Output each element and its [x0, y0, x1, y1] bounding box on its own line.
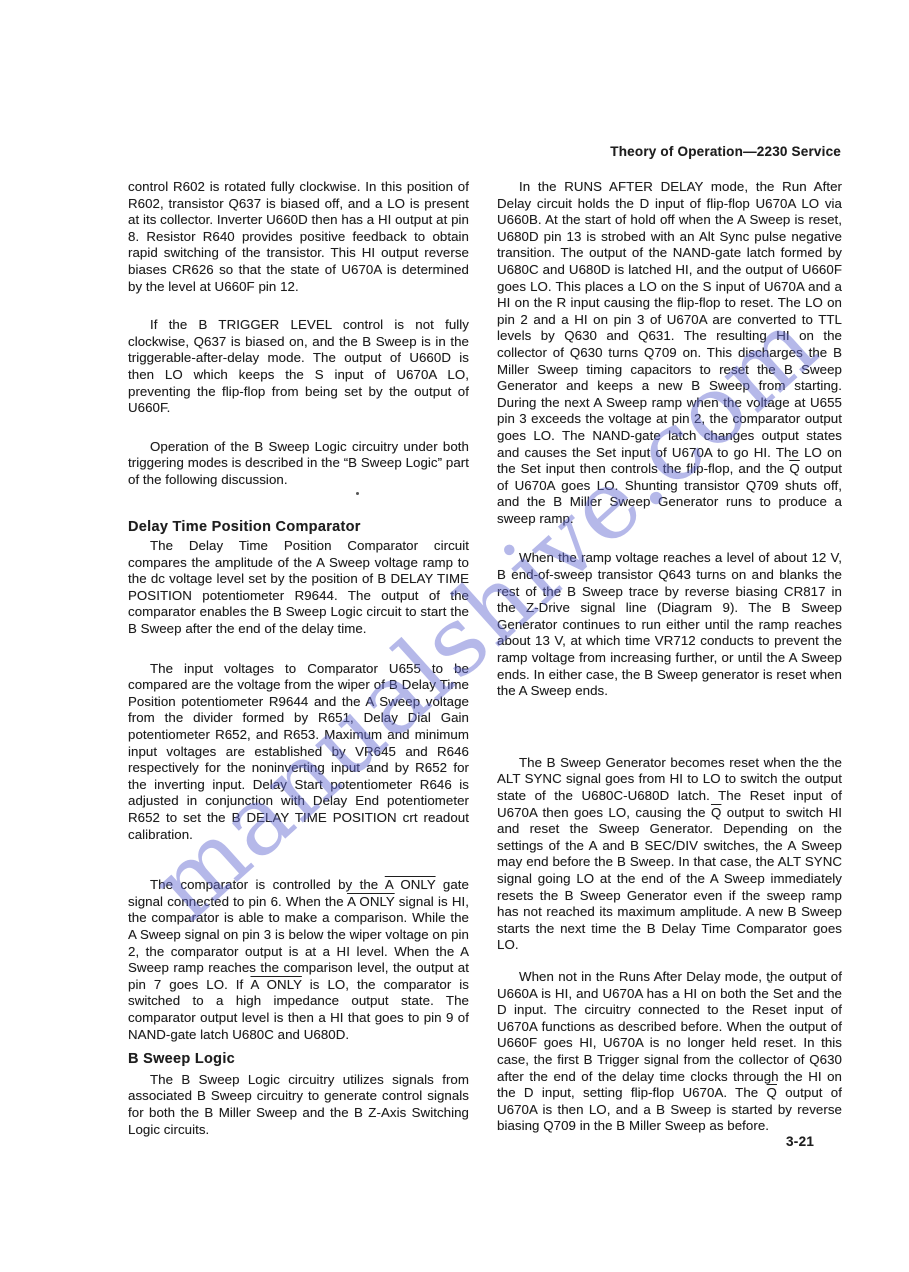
manual-page: Theory of Operation—2230 Service control…: [0, 0, 909, 1272]
page-number: 3-21: [786, 1134, 814, 1149]
heading-b-sweep-logic: B Sweep Logic: [128, 1051, 469, 1068]
scan-speck: [356, 492, 359, 495]
paragraph-trigger-level: If the B TRIGGER LEVEL control is not fu…: [128, 317, 469, 417]
paragraph-comparator-control: The comparator is controlled by the A ON…: [128, 877, 469, 1043]
paragraph-operation: Operation of the B Sweep Logic circuitry…: [128, 439, 469, 489]
page-header-title: Theory of Operation—2230 Service: [0, 144, 841, 159]
scan-speck: [768, 981, 772, 983]
paragraph-continuation: control R602 is rotated fully clockwise.…: [128, 179, 469, 295]
right-column: In the RUNS AFTER DELAY mode, the Run Af…: [497, 179, 842, 1135]
paragraph-alt-sync-reset: The B Sweep Generator becomes reset when…: [497, 755, 842, 954]
paragraph-b-sweep-logic: The B Sweep Logic circuitry utilizes sig…: [128, 1072, 469, 1138]
paragraph-not-runs-after: When not in the Runs After Delay mode, t…: [497, 969, 842, 1135]
paragraph-input-voltages: The input voltages to Comparator U655 to…: [128, 661, 469, 844]
paragraph-delay-compares: The Delay Time Position Comparator circu…: [128, 538, 469, 638]
paragraph-ramp-voltage: When the ramp voltage reaches a level of…: [497, 550, 842, 699]
paragraph-runs-after-delay: In the RUNS AFTER DELAY mode, the Run Af…: [497, 179, 842, 527]
left-column: control R602 is rotated fully clockwise.…: [128, 179, 469, 1138]
heading-delay-time-position-comparator: Delay Time Position Comparator: [128, 519, 469, 536]
